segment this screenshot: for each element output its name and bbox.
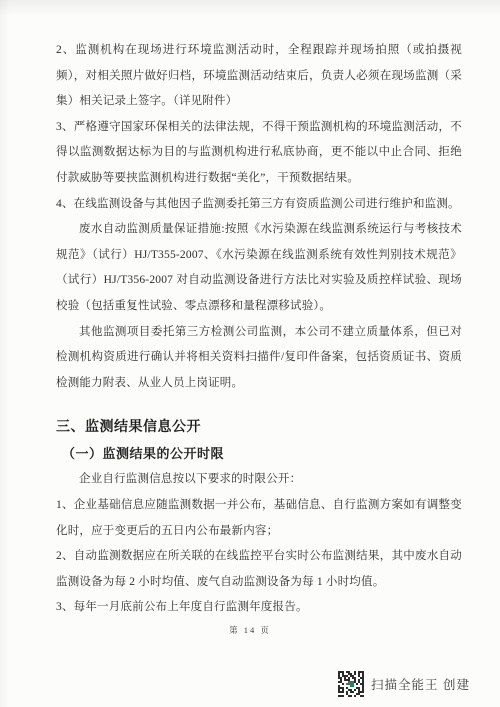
watermark-label: 扫描全能王 创建	[371, 675, 470, 693]
section-heading: 三、监测结果信息公开	[56, 415, 462, 441]
paragraph-item-3: 3、严格遵守国家环保相关的法律法规，不得干预监测机构的环境监测活动，不得以监测数…	[56, 115, 462, 192]
paragraph-item-2: 2、监测机构在现场进行环境监测活动时，全程跟踪并现场拍照（或拍摄视频），对相关照…	[56, 38, 462, 115]
paragraph-disclosure-intro: 企业自行监测信息按以下要求的时限公开：	[56, 467, 462, 493]
paragraph-disclosure-item-2: 2、自动监测数据应在所关联的在线监控平台实时公布监测结果，其中废水自动监测设备为…	[56, 544, 462, 595]
paragraph-item-4: 4、在线监测设备与其他因子监测委托第三方有资质监测公司进行维护和监测。	[56, 192, 462, 218]
scanned-document-page: 2、监测机构在现场进行环境监测活动时，全程跟踪并现场拍照（或拍摄视频），对相关照…	[0, 0, 500, 707]
paragraph-disclosure-item-1: 1、企业基础信息应随监测数据一并公布，基础信息、自行监测方案如有调整变化时，应于…	[56, 493, 462, 544]
subsection-heading: （一）监测结果的公开时限	[56, 441, 462, 467]
paragraph-wastewater-qa: 废水自动监测质量保证措施:按照《水污染源在线监测系统运行与考核技术规范》（试行）…	[56, 217, 462, 319]
camscanner-watermark: 扫描全能王 创建	[338, 671, 470, 697]
document-body: 2、监测机构在现场进行环境监测活动时，全程跟踪并现场拍照（或拍摄视频），对相关照…	[56, 38, 462, 621]
page-number: 第 14 页	[0, 624, 500, 636]
paragraph-third-party: 其他监测项目委托第三方检测公司监测，本公司不建立质量体系，但已对检测机构资质进行…	[56, 320, 462, 397]
qr-code-icon	[338, 671, 364, 697]
paragraph-disclosure-item-3: 3、每年一月底前公布上年度自行监测年度报告。	[56, 595, 462, 621]
